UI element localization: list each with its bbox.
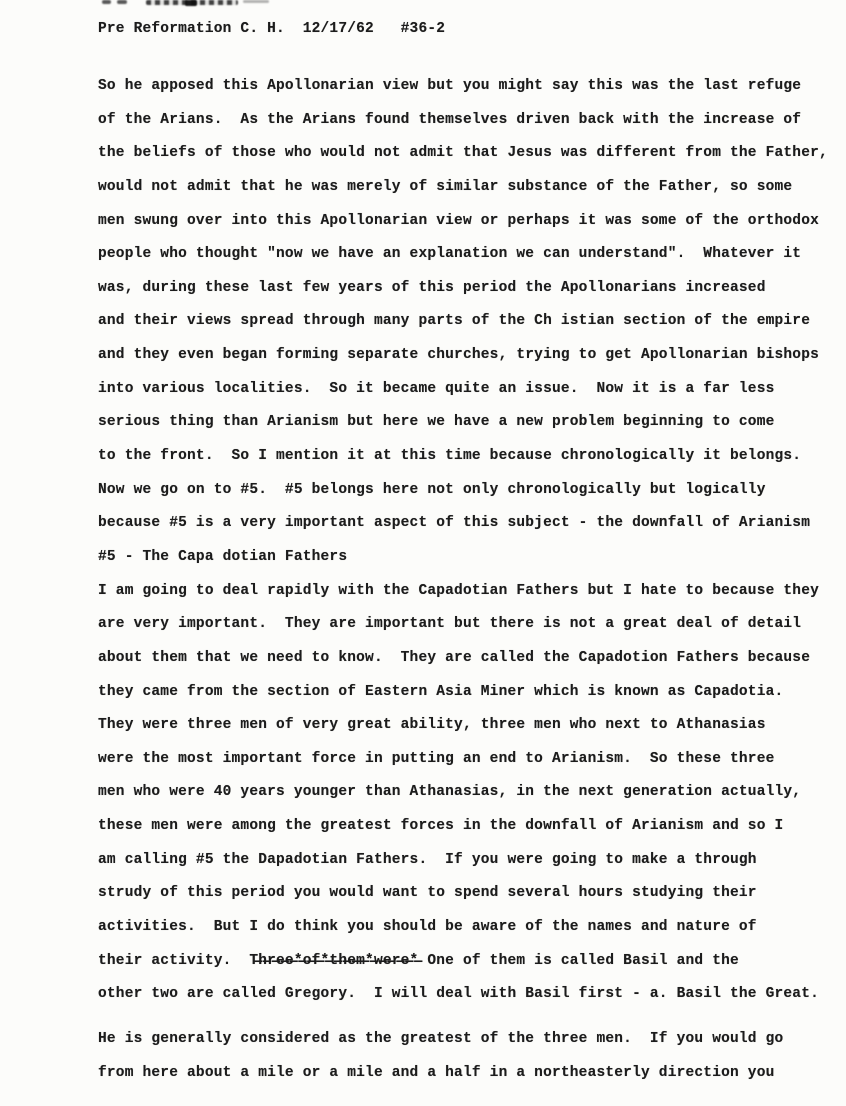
text-line: to the front. So I mention it at this ti… [98, 440, 828, 474]
text-line: people who thought "now we have an expla… [98, 238, 828, 272]
text-line: men swung over into this Apollonarian vi… [98, 205, 828, 239]
text-line: other two are called Gregory. I will dea… [98, 978, 828, 1012]
page-header: Pre Reformation C. H. 12/17/62 #36-2 [98, 21, 445, 37]
text-line: these men were among the greatest forces… [98, 810, 828, 844]
ink-smudge [102, 0, 111, 4]
text-line: strudy of this period you would want to … [98, 877, 828, 911]
text-line: and their views spread through many part… [98, 305, 828, 339]
paragraph: So he apposed this Apollonarian view but… [98, 70, 828, 1012]
text-line: because #5 is a very important aspect of… [98, 507, 828, 541]
text-line: men who were 40 years younger than Athan… [98, 776, 828, 810]
text-line: serious thing than Arianism but here we … [98, 406, 828, 440]
text-line-with-strikeout: their activity. T̶h̶r̶e̶e̶*̶o̶f̶*̶t̶h̶e̶… [98, 945, 828, 979]
text-line: They were three men of very great abilit… [98, 709, 828, 743]
document-body: So he apposed this Apollonarian view but… [98, 70, 828, 1090]
text-line: I am going to deal rapidly with the Capa… [98, 575, 828, 609]
text-line: about them that we need to know. They ar… [98, 642, 828, 676]
text-line: He is generally considered as the greate… [98, 1023, 828, 1057]
clipped-text-fragment [0, 0, 846, 7]
text-line: of the Arians. As the Arians found thems… [98, 104, 828, 138]
section-heading-line: #5 - The Capa dotian Fathers [98, 541, 828, 575]
text-line: was, during these last few years of this… [98, 272, 828, 306]
text-line: Now we go on to #5. #5 belongs here not … [98, 474, 828, 508]
paragraph: He is generally considered as the greate… [98, 1023, 828, 1090]
text-line: am calling #5 the Dapadotian Fathers. If… [98, 844, 828, 878]
text-line: are very important. They are important b… [98, 608, 828, 642]
text-line: So he apposed this Apollonarian view but… [98, 70, 828, 104]
ink-smudge [117, 0, 127, 4]
text-line: from here about a mile or a mile and a h… [98, 1057, 828, 1091]
text-line: the beliefs of those who would not admit… [98, 137, 828, 171]
text-line: they came from the section of Eastern As… [98, 676, 828, 710]
scanned-page: Pre Reformation C. H. 12/17/62 #36-2 So … [0, 0, 846, 1106]
text-line: and they even began forming separate chu… [98, 339, 828, 373]
text-line: were the most important force in putting… [98, 743, 828, 777]
text-line: activities. But I do think you should be… [98, 911, 828, 945]
ink-smudge [243, 0, 269, 3]
text-line: would not admit that he was merely of si… [98, 171, 828, 205]
ink-smudge [185, 0, 197, 6]
text-line: into various localities. So it became qu… [98, 373, 828, 407]
